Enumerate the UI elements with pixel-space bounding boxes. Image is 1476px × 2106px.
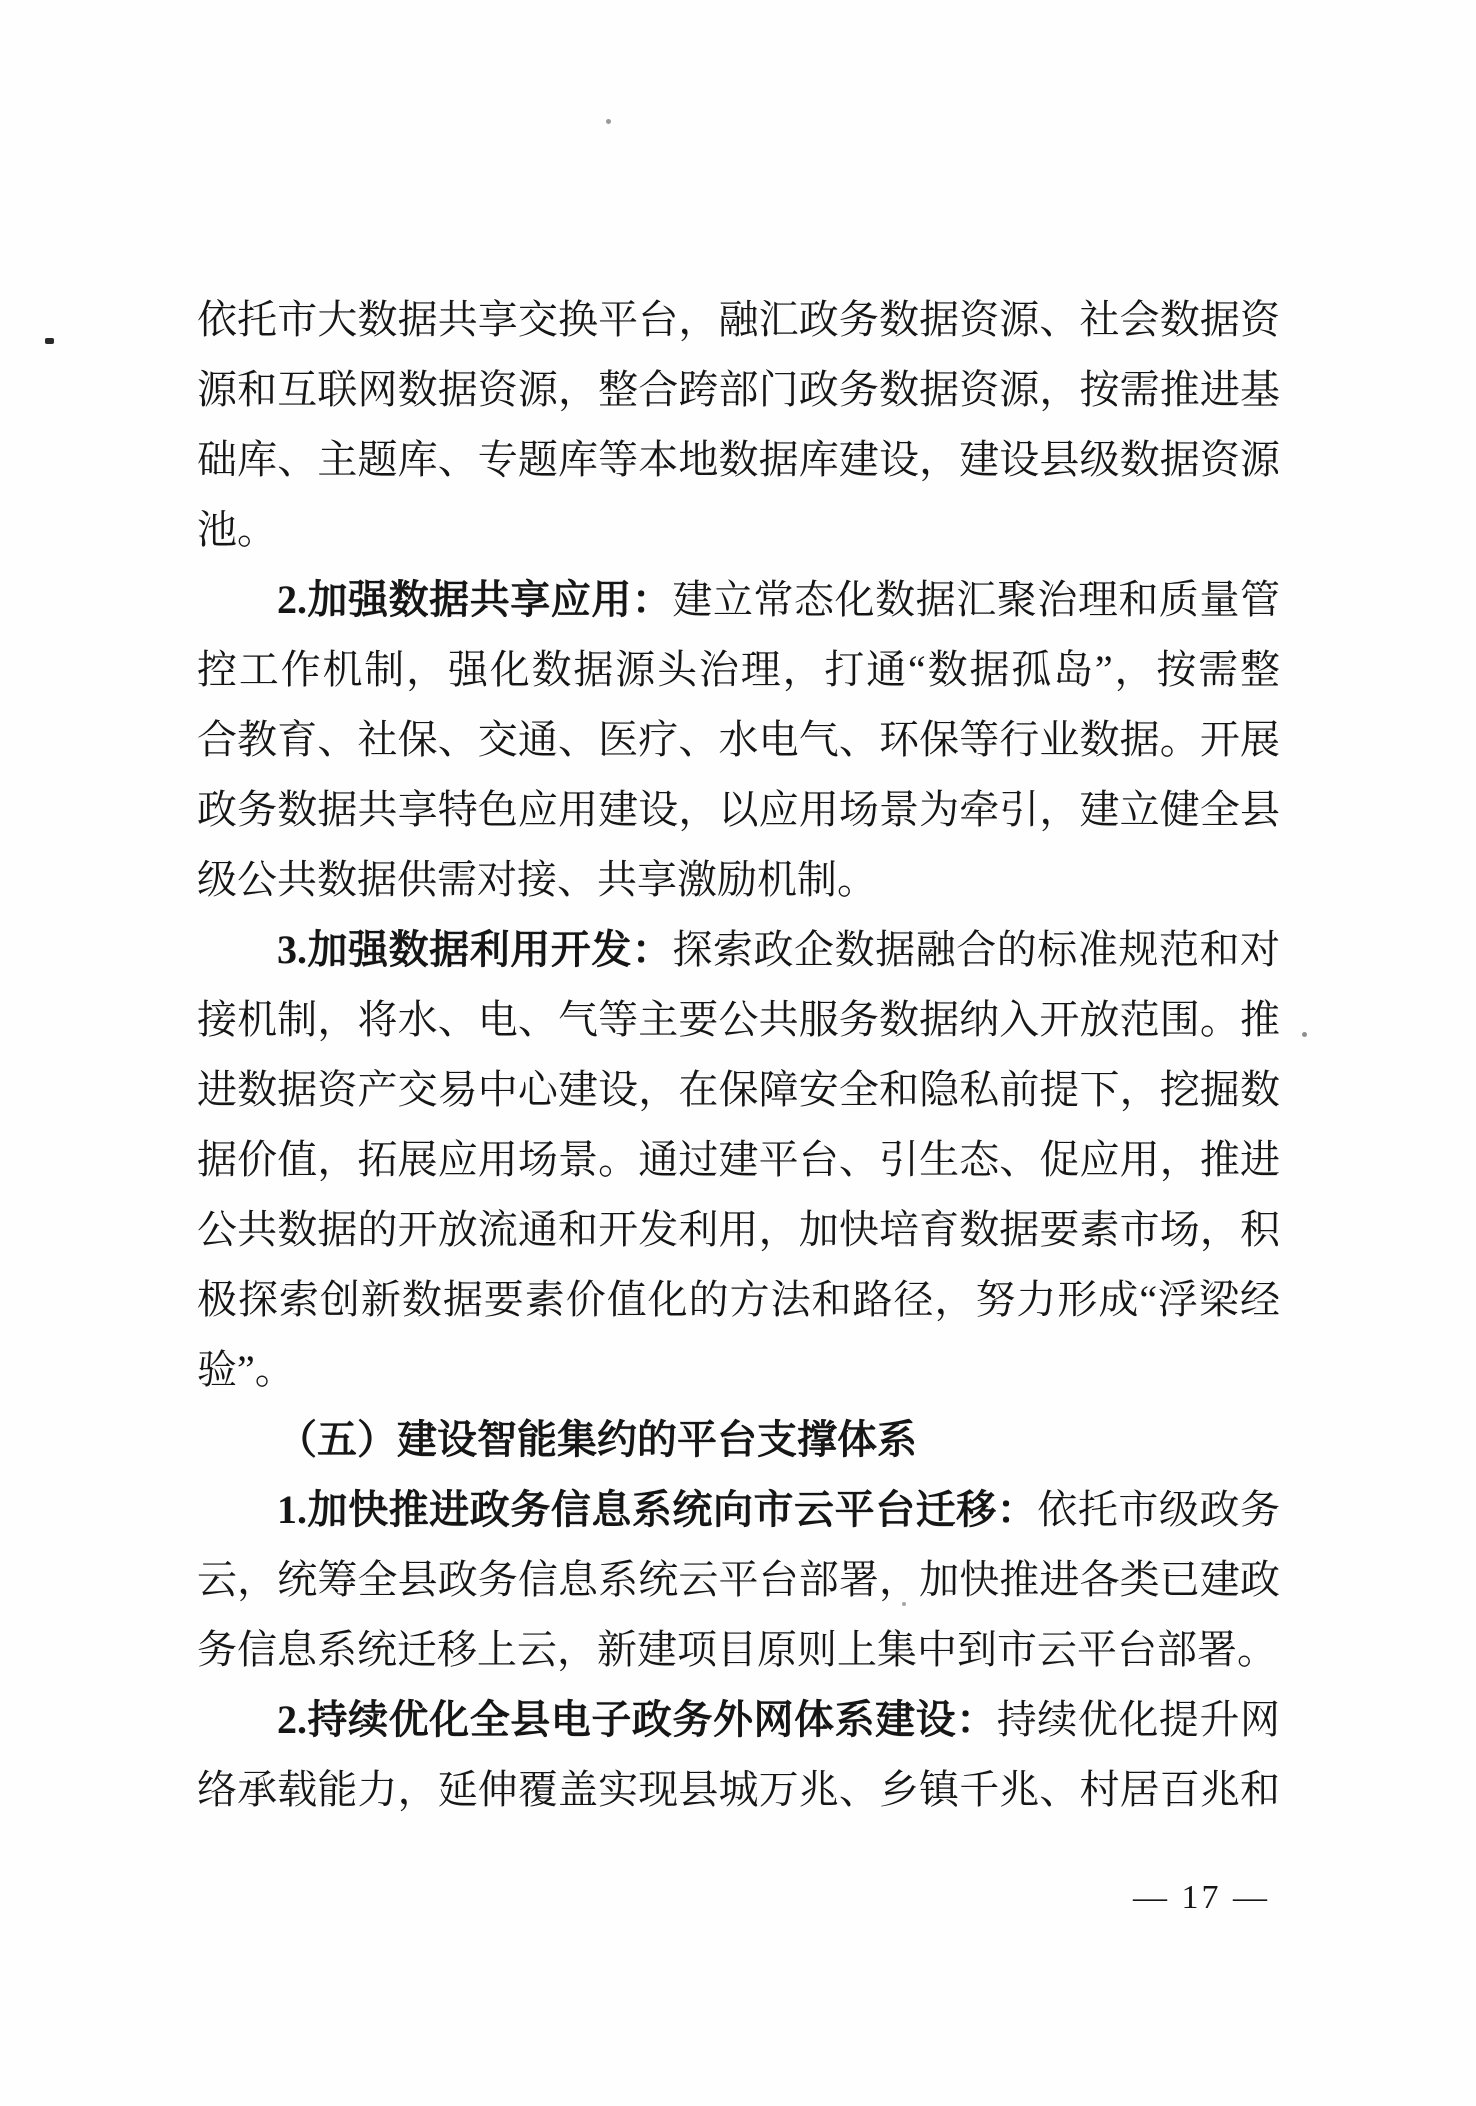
text-run: 络承载能力，延伸覆盖实现县城万兆、乡镇千兆、村居百兆和 [197, 1767, 1280, 1812]
text-run: 控工作机制，强化数据源头治理，打通“数据孤岛”，按需整 [197, 647, 1280, 692]
text-run: 级公共数据供需对接、共享激励机制。 [197, 857, 877, 902]
text-run: 依托市大数据共享交换平台，融汇政务数据资源、社会数据资 [197, 297, 1280, 342]
text-line: 1.加快推进政务信息系统向市云平台迁移：依托市级政务 [197, 1475, 1280, 1545]
text-line: 政务数据共享特色应用建设，以应用场景为牵引，建立健全县 [197, 775, 1280, 845]
bold-run: 3.加强数据利用开发： [277, 927, 672, 972]
page-number: — 17 — [1133, 1878, 1293, 1918]
text-run: 源和互联网数据资源，整合跨部门政务数据资源，按需推进基 [197, 367, 1280, 412]
text-line: 极探索创新数据要素价值化的方法和路径，努力形成“浮梁经 [197, 1265, 1280, 1335]
text-line: 接机制，将水、电、气等主要公共服务数据纳入开放范围。推 [197, 985, 1280, 1055]
text-run: 据价值，拓展应用场景。通过建平台、引生态、促应用，推进 [197, 1137, 1280, 1182]
text-line: 验”。 [197, 1335, 1280, 1405]
text-line: 2.持续优化全县电子政务外网体系建设：持续优化提升网 [197, 1685, 1280, 1755]
bold-run: 2.加强数据共享应用： [277, 577, 672, 622]
text-line: 础库、主题库、专题库等本地数据库建设，建设县级数据资源 [197, 425, 1280, 495]
text-run: 公共数据的开放流通和开发利用，加快培育数据要素市场，积 [197, 1207, 1280, 1252]
bold-run: （五）建设智能集约的平台支撑体系 [277, 1417, 917, 1462]
scan-speck [1302, 1032, 1307, 1037]
text-line: 级公共数据供需对接、共享激励机制。 [197, 845, 1280, 915]
text-run: 政务数据共享特色应用建设，以应用场景为牵引，建立健全县 [197, 787, 1280, 832]
text-run: 极探索创新数据要素价值化的方法和路径，努力形成“浮梁经 [197, 1277, 1280, 1322]
text-run: 务信息系统迁移上云，新建项目原则上集中到市云平台部署。 [197, 1627, 1277, 1672]
document-page: 依托市大数据共享交换平台，融汇政务数据资源、社会数据资 源和互联网数据资源，整合… [0, 0, 1476, 2106]
text-run: 接机制，将水、电、气等主要公共服务数据纳入开放范围。推 [197, 997, 1280, 1042]
text-run: 云，统筹全县政务信息系统云平台部署，加快推进各类已建政 [197, 1557, 1280, 1602]
document-body: 依托市大数据共享交换平台，融汇政务数据资源、社会数据资 源和互联网数据资源，整合… [197, 285, 1280, 1825]
text-run: 合教育、社保、交通、医疗、水电气、环保等行业数据。开展 [197, 717, 1280, 762]
text-run: 持续优化提升网 [997, 1697, 1280, 1742]
text-line: 依托市大数据共享交换平台，融汇政务数据资源、社会数据资 [197, 285, 1280, 355]
scan-speck [606, 119, 611, 124]
text-line: 源和互联网数据资源，整合跨部门政务数据资源，按需推进基 [197, 355, 1280, 425]
scan-speck [45, 338, 54, 344]
text-run: 础库、主题库、专题库等本地数据库建设，建设县级数据资源 [197, 437, 1280, 482]
text-run: 探索政企数据融合的标准规范和对 [672, 927, 1280, 972]
text-run: 建立常态化数据汇聚治理和质量管 [672, 577, 1280, 622]
text-line: 据价值，拓展应用场景。通过建平台、引生态、促应用，推进 [197, 1125, 1280, 1195]
bold-run: 2.持续优化全县电子政务外网体系建设： [277, 1697, 997, 1742]
text-line: 进数据资产交易中心建设，在保障安全和隐私前提下，挖掘数 [197, 1055, 1280, 1125]
text-line: 合教育、社保、交通、医疗、水电气、环保等行业数据。开展 [197, 705, 1280, 775]
text-line: 络承载能力，延伸覆盖实现县城万兆、乡镇千兆、村居百兆和 [197, 1755, 1280, 1825]
text-run: 验”。 [197, 1347, 295, 1392]
text-line: 公共数据的开放流通和开发利用，加快培育数据要素市场，积 [197, 1195, 1280, 1265]
text-line: 控工作机制，强化数据源头治理，打通“数据孤岛”，按需整 [197, 635, 1280, 705]
bold-run: 1.加快推进政务信息系统向市云平台迁移： [277, 1487, 1037, 1532]
text-line: 务信息系统迁移上云，新建项目原则上集中到市云平台部署。 [197, 1615, 1280, 1685]
section-heading: （五）建设智能集约的平台支撑体系 [197, 1405, 1280, 1475]
text-run: 进数据资产交易中心建设，在保障安全和隐私前提下，挖掘数 [197, 1067, 1280, 1112]
text-line: 池。 [197, 495, 1280, 565]
text-line: 2.加强数据共享应用：建立常态化数据汇聚治理和质量管 [197, 565, 1280, 635]
text-run: 依托市级政务 [1037, 1487, 1280, 1532]
text-line: 云，统筹全县政务信息系统云平台部署，加快推进各类已建政 [197, 1545, 1280, 1615]
text-run: 池。 [197, 507, 277, 552]
text-line: 3.加强数据利用开发：探索政企数据融合的标准规范和对 [197, 915, 1280, 985]
